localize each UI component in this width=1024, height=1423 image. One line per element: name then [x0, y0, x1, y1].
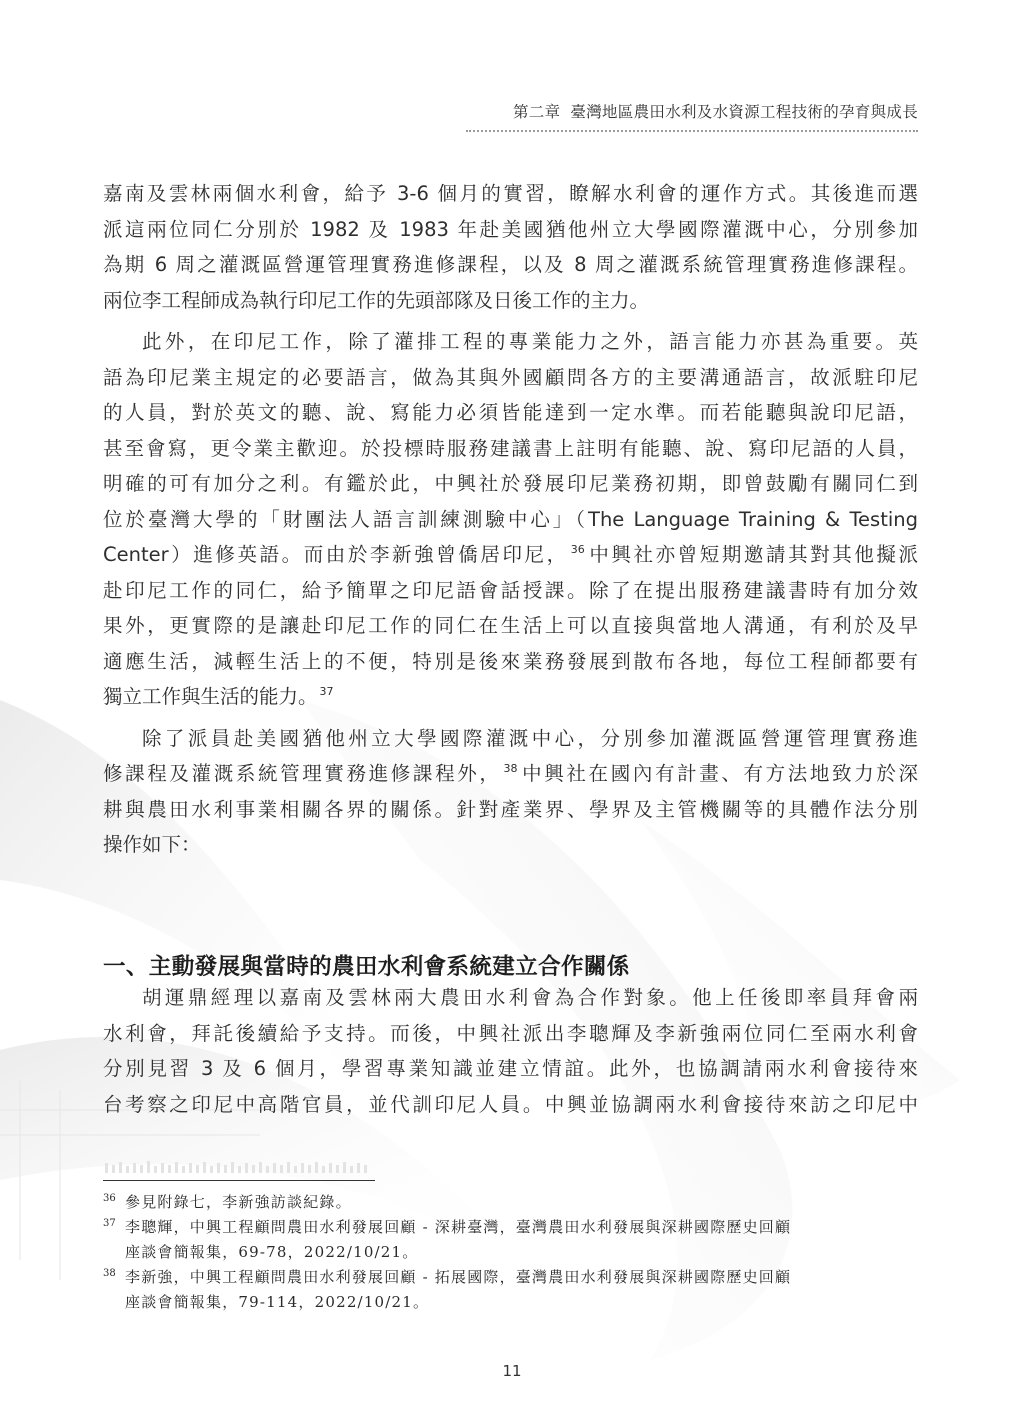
paragraph: 嘉南及雲林兩個水利會，給予 3-6 個月的實習，瞭解水利會的運作方式。其後進而選…: [103, 176, 918, 318]
footnote-ref-36[interactable]: 36: [571, 543, 585, 556]
text-line: 耕與農田水利事業相關各界的關係。針對產業界、學界及主管機關等的具體作法分別: [103, 792, 918, 828]
footnotes: 36 參見附錄七，李新強訪談紀錄。 37 李聰輝，中興工程顧問農田水利發展回顧 …: [103, 1190, 918, 1315]
section-body: 胡運鼎經理以嘉南及雲林兩大農田水利會為合作對象。他上任後即率員拜會兩 水利會，拜…: [103, 980, 918, 1128]
page-number: 11: [0, 1362, 1024, 1380]
paragraph: 除了派員赴美國猶他州立大學國際灌溉中心，分別參加灌溉區營運管理實務進 修課程及灌…: [103, 721, 918, 863]
footnote-line: 李聰輝，中興工程顧問農田水利發展回顧 - 深耕臺灣，臺灣農田水利發展與深耕國際歷…: [125, 1215, 918, 1240]
text-line: 此外，在印尼工作，除了灌排工程的專業能力之外，語言能力亦甚為重要。英: [103, 324, 918, 360]
text-line: 兩位李工程師成為執行印尼工作的先頭部隊及日後工作的主力。: [103, 283, 918, 319]
text-segment: 獨立工作與生活的能力。: [103, 685, 318, 708]
footnote-number: 38: [103, 1265, 125, 1315]
running-header: 第二章臺灣地區農田水利及水資源工程技術的孕育與成長: [466, 100, 918, 132]
text-line: 胡運鼎經理以嘉南及雲林兩大農田水利會為合作對象。他上任後即率員拜會兩: [103, 980, 918, 1016]
document-page: 第二章臺灣地區農田水利及水資源工程技術的孕育與成長 嘉南及雲林兩個水利會，給予 …: [0, 0, 1024, 1423]
footnote-text: 李聰輝，中興工程顧問農田水利發展回顧 - 深耕臺灣，臺灣農田水利發展與深耕國際歷…: [125, 1215, 918, 1265]
text-line: 嘉南及雲林兩個水利會，給予 3-6 個月的實習，瞭解水利會的運作方式。其後進而選: [103, 176, 918, 212]
body-text: 嘉南及雲林兩個水利會，給予 3-6 個月的實習，瞭解水利會的運作方式。其後進而選…: [103, 176, 918, 869]
footnote-text: 參見附錄七，李新強訪談紀錄。: [125, 1190, 918, 1215]
footnote-ref-37[interactable]: 37: [320, 685, 334, 698]
footnote-line: 座談會簡報集，79-114，2022/10/21。: [125, 1290, 918, 1315]
footnote-line: 座談會簡報集，69-78，2022/10/21。: [125, 1240, 918, 1265]
text-line: 適應生活，減輕生活上的不便，特別是後來業務發展到散布各地，每位工程師都要有: [103, 644, 918, 680]
footnote-text: 李新強，中興工程顧問農田水利發展回顧 - 拓展國際，臺灣農田水利發展與深耕國際歷…: [125, 1265, 918, 1315]
footnote-37: 37 李聰輝，中興工程顧問農田水利發展回顧 - 深耕臺灣，臺灣農田水利發展與深耕…: [103, 1215, 918, 1265]
footnote-number: 37: [103, 1215, 125, 1265]
paragraph: 此外，在印尼工作，除了灌排工程的專業能力之外，語言能力亦甚為重要。英 語為印尼業…: [103, 324, 918, 715]
text-segment: Center）進修英語。而由於李新強曾僑居印尼，: [103, 543, 569, 566]
footnote-38: 38 李新強，中興工程顧問農田水利發展回顧 - 拓展國際，臺灣農田水利發展與深耕…: [103, 1265, 918, 1315]
text-line: 獨立工作與生活的能力。37: [103, 679, 918, 715]
text-line: Center）進修英語。而由於李新強曾僑居印尼，36中興社亦曾短期邀請其對其他擬…: [103, 537, 918, 573]
text-segment: 中興社亦曾短期邀請其對其他擬派: [587, 543, 918, 566]
section-heading: 一、主動發展與當時的農田水利會系統建立合作關係: [103, 949, 630, 981]
text-line: 位於臺灣大學的「財團法人語言訓練測驗中心」（The Language Train…: [103, 502, 918, 538]
text-line: 赴印尼工作的同仁，給予簡單之印尼語會話授課。除了在提出服務建議書時有加分效: [103, 573, 918, 609]
footnote-number: 36: [103, 1190, 125, 1215]
text-line: 派這兩位同仁分別於 1982 及 1983 年赴美國猶他州立大學國際灌溉中心，分…: [103, 212, 918, 248]
text-line: 甚至會寫，更令業主歡迎。於投標時服務建議書上註明有能聽、說、寫印尼語的人員，: [103, 431, 918, 467]
chapter-label: 第二章: [513, 103, 560, 121]
chapter-title: 臺灣地區農田水利及水資源工程技術的孕育與成長: [570, 103, 918, 121]
paragraph: 胡運鼎經理以嘉南及雲林兩大農田水利會為合作對象。他上任後即率員拜會兩 水利會，拜…: [103, 980, 918, 1122]
text-line: 為期 6 周之灌溉區營運管理實務進修課程，以及 8 周之灌溉系統管理實務進修課程…: [103, 247, 918, 283]
footnote-36: 36 參見附錄七，李新強訪談紀錄。: [103, 1190, 918, 1215]
text-line: 水利會，拜託後續給予支持。而後，中興社派出李聰輝及李新強兩位同仁至兩水利會: [103, 1016, 918, 1052]
text-line: 的人員，對於英文的聽、說、寫能力必須皆能達到一定水準。而若能聽與說印尼語，: [103, 395, 918, 431]
text-line: 果外，更實際的是讓赴印尼工作的同仁在生活上可以直接與當地人溝通，有利於及早: [103, 608, 918, 644]
footnote-line: 李新強，中興工程顧問農田水利發展回顧 - 拓展國際，臺灣農田水利發展與深耕國際歷…: [125, 1265, 918, 1290]
text-line: 明確的可有加分之利。有鑑於此，中興社於發展印尼業務初期，即曾鼓勵有關同仁到: [103, 466, 918, 502]
footnote-line: 參見附錄七，李新強訪談紀錄。: [125, 1190, 918, 1215]
text-line: 除了派員赴美國猶他州立大學國際灌溉中心，分別參加灌溉區營運管理實務進: [103, 721, 918, 757]
text-line: 修課程及灌溉系統管理實務進修課程外，38中興社在國內有計畫、有方法地致力於深: [103, 756, 918, 792]
text-line: 操作如下：: [103, 827, 918, 863]
text-segment: 修課程及灌溉系統管理實務進修課程外，: [103, 762, 502, 785]
text-segment: 中興社在國內有計畫、有方法地致力於深: [520, 762, 919, 785]
text-line: 語為印尼業主規定的必要語言，做為其與外國顧問各方的主要溝通語言，故派駐印尼: [103, 360, 918, 396]
footnote-ref-38[interactable]: 38: [504, 762, 518, 775]
text-line: 分別見習 3 及 6 個月，學習專業知識並建立情誼。此外，也協調請兩水利會接待來: [103, 1051, 918, 1087]
text-line: 台考察之印尼中高階官員，並代訓印尼人員。中興並協調兩水利會接待來訪之印尼中: [103, 1087, 918, 1123]
footnote-divider: [103, 1180, 375, 1181]
